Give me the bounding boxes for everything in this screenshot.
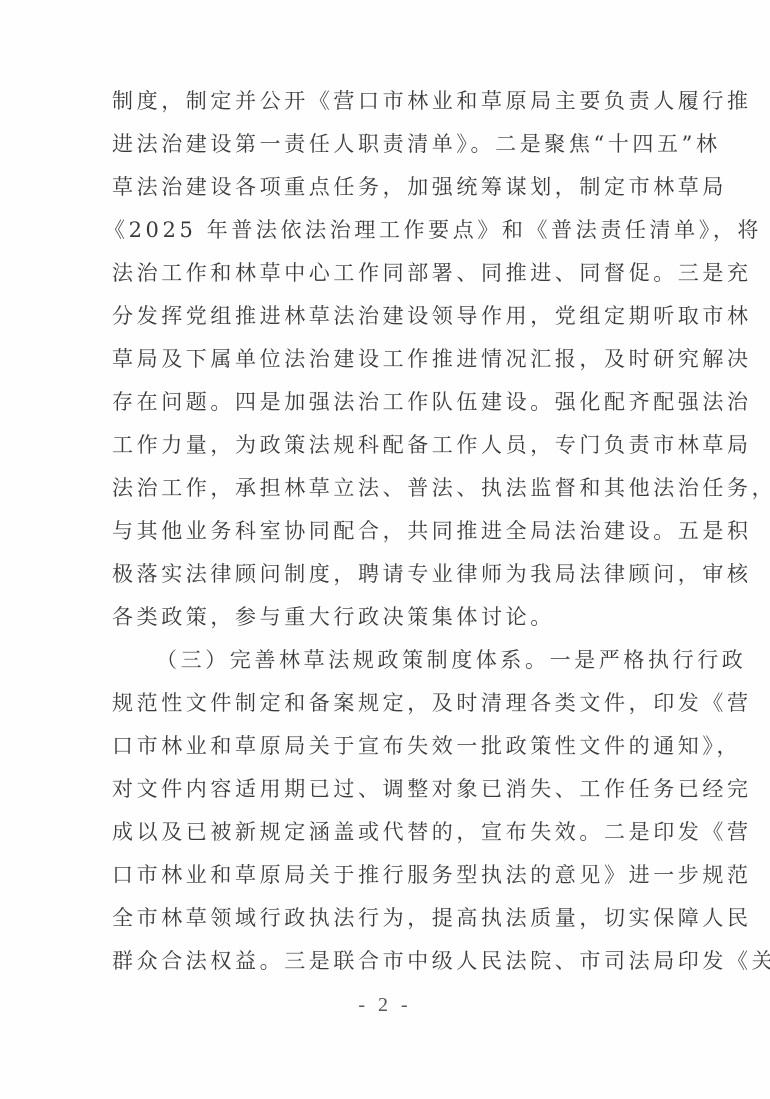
text-line: 法治工作和林草中心工作同部署、同推进、同督促。三是充 <box>112 260 668 286</box>
text-line: 全市林草领域行政执法行为，提高执法质量，切实保障人民 <box>112 905 668 931</box>
text-line: 草局及下属单位法治建设工作推进情况汇报，及时研究解决 <box>112 346 668 372</box>
text-line: 口市林业和草原局关于宣布失效一批政策性文件的通知》， <box>112 733 668 759</box>
text-line: 制度，制定并公开《营口市林业和草原局主要负责人履行推 <box>112 88 668 114</box>
section-heading-line: （三）完善林草法规政策制度体系。一是严格执行行政 <box>156 647 668 673</box>
page-number: - 2 - <box>0 994 770 1017</box>
text-line: 极落实法律顾问制度，聘请专业律师为我局法律顾问，审核 <box>112 561 668 587</box>
text-line: 对文件内容适用期已过、调整对象已消失、工作任务已经完 <box>112 776 668 802</box>
text-line: 存在问题。四是加强法治工作队伍建设。强化配齐配强法治 <box>112 389 668 415</box>
text-line: 工作力量，为政策法规科配备工作人员，专门负责市林草局 <box>112 432 668 458</box>
text-line: 与其他业务科室协同配合，共同推进全局法治建设。五是积 <box>112 518 668 544</box>
text-line: 进法治建设第一责任人职责清单》。二是聚焦“十四五”林 <box>112 131 668 157</box>
text-line: 各类政策，参与重大行政决策集体讨论。 <box>112 604 668 630</box>
text-line: 《2025 年普法依法治理工作要点》和《普法责任清单》，将 <box>104 217 660 243</box>
document-page: 制度，制定并公开《营口市林业和草原局主要负责人履行推 进法治建设第一责任人职责清… <box>0 0 770 1099</box>
text-line: 法治工作，承担林草立法、普法、执法监督和其他法治任务， <box>112 475 668 501</box>
text-line: 分发挥党组推进林草法治建设领导作用，党组定期听取市林 <box>112 303 668 329</box>
text-line: 群众合法权益。三是联合市中级人民法院、市司法局印发《关 <box>112 948 668 974</box>
text-line: 草法治建设各项重点任务，加强统筹谋划，制定市林草局 <box>112 174 668 200</box>
text-line: 口市林业和草原局关于推行服务型执法的意见》进一步规范 <box>112 862 668 888</box>
text-line: 规范性文件制定和备案规定，及时清理各类文件，印发《营 <box>112 690 668 716</box>
text-line: 成以及已被新规定涵盖或代替的，宣布失效。二是印发《营 <box>112 819 668 845</box>
